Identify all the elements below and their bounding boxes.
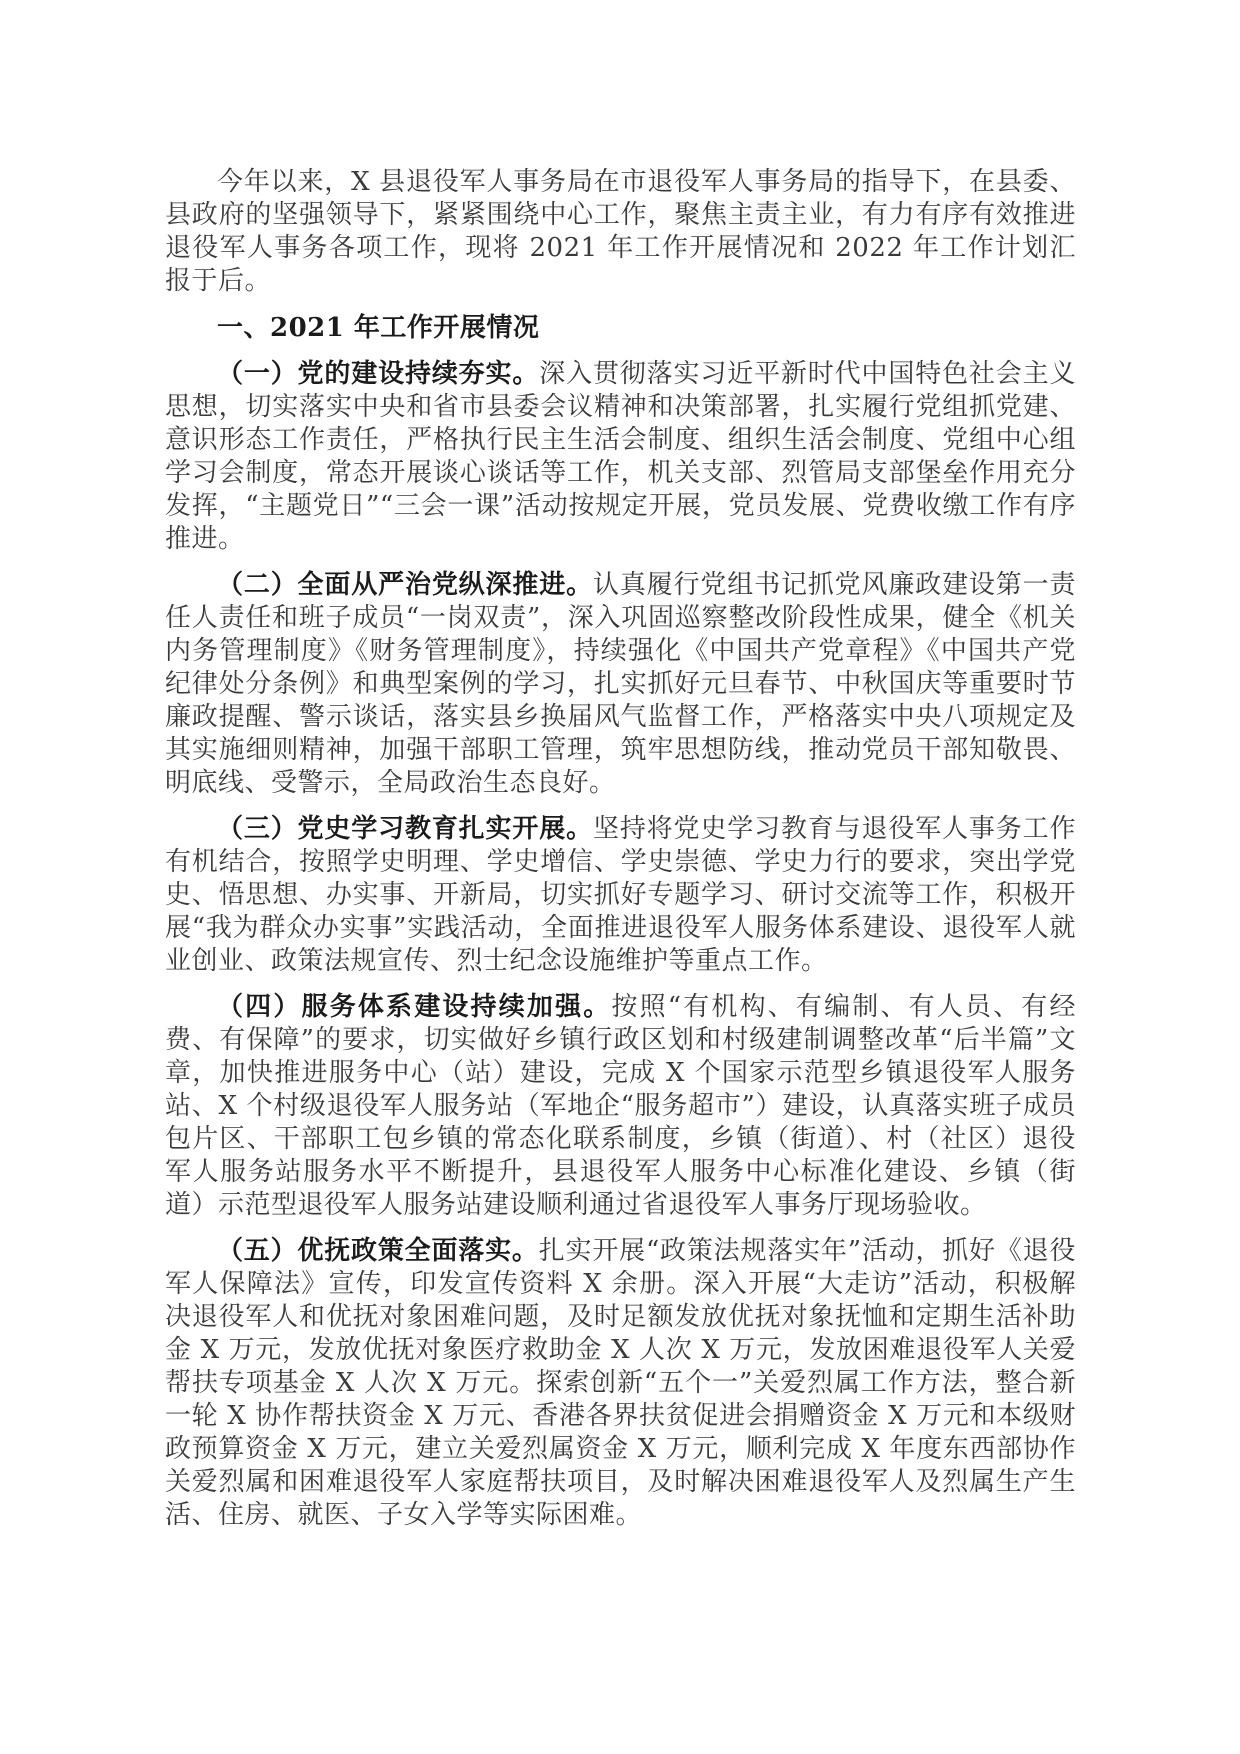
item-lead: （五）优抚政策全面落实。 — [217, 1236, 539, 1266]
item-paragraph-1: （一）党的建设持续夯实。深入贯彻落实习近平新时代中国特色社会主义思想，切实落实中… — [165, 358, 1076, 556]
item-lead: （二）全面从严治党纵深推进。 — [217, 570, 593, 600]
document-page: 今年以来，X 县退役军人事务局在市退役军人事务局的指导下，在县委、县政府的坚强领… — [0, 0, 1240, 1754]
item-paragraph-3: （三）党史学习教育扎实开展。坚持将党史学习教育与退役军人事务工作有机结合，按照学… — [165, 813, 1076, 978]
section-heading: 一、2021 年工作开展情况 — [165, 312, 1076, 345]
item-paragraph-4: （四）服务体系建设持续加强。按照“有机构、有编制、有人员、有经费、有保障”的要求… — [165, 991, 1076, 1222]
item-lead: （三）党史学习教育扎实开展。 — [217, 814, 593, 844]
item-body: 扎实开展“政策法规落实年”活动，抓好《退役军人保障法》宣传，印发宣传资料 X 余… — [165, 1236, 1076, 1530]
item-lead: （四）服务体系建设持续加强。 — [217, 992, 611, 1022]
item-paragraph-5: （五）优抚政策全面落实。扎实开展“政策法规落实年”活动，抓好《退役军人保障法》宣… — [165, 1235, 1076, 1532]
item-body: 认真履行党组书记抓党风廉政建设第一责任人责任和班子成员“一岗双责”，深入巩固巡察… — [165, 570, 1076, 798]
item-body: 按照“有机构、有编制、有人员、有经费、有保障”的要求，切实做好乡镇行政区划和村级… — [165, 992, 1076, 1220]
intro-paragraph: 今年以来，X 县退役军人事务局在市退役军人事务局的指导下，在县委、县政府的坚强领… — [165, 166, 1076, 298]
item-lead: （一）党的建设持续夯实。 — [217, 359, 539, 389]
item-paragraph-2: （二）全面从严治党纵深推进。认真履行党组书记抓党风廉政建设第一责任人责任和班子成… — [165, 569, 1076, 800]
